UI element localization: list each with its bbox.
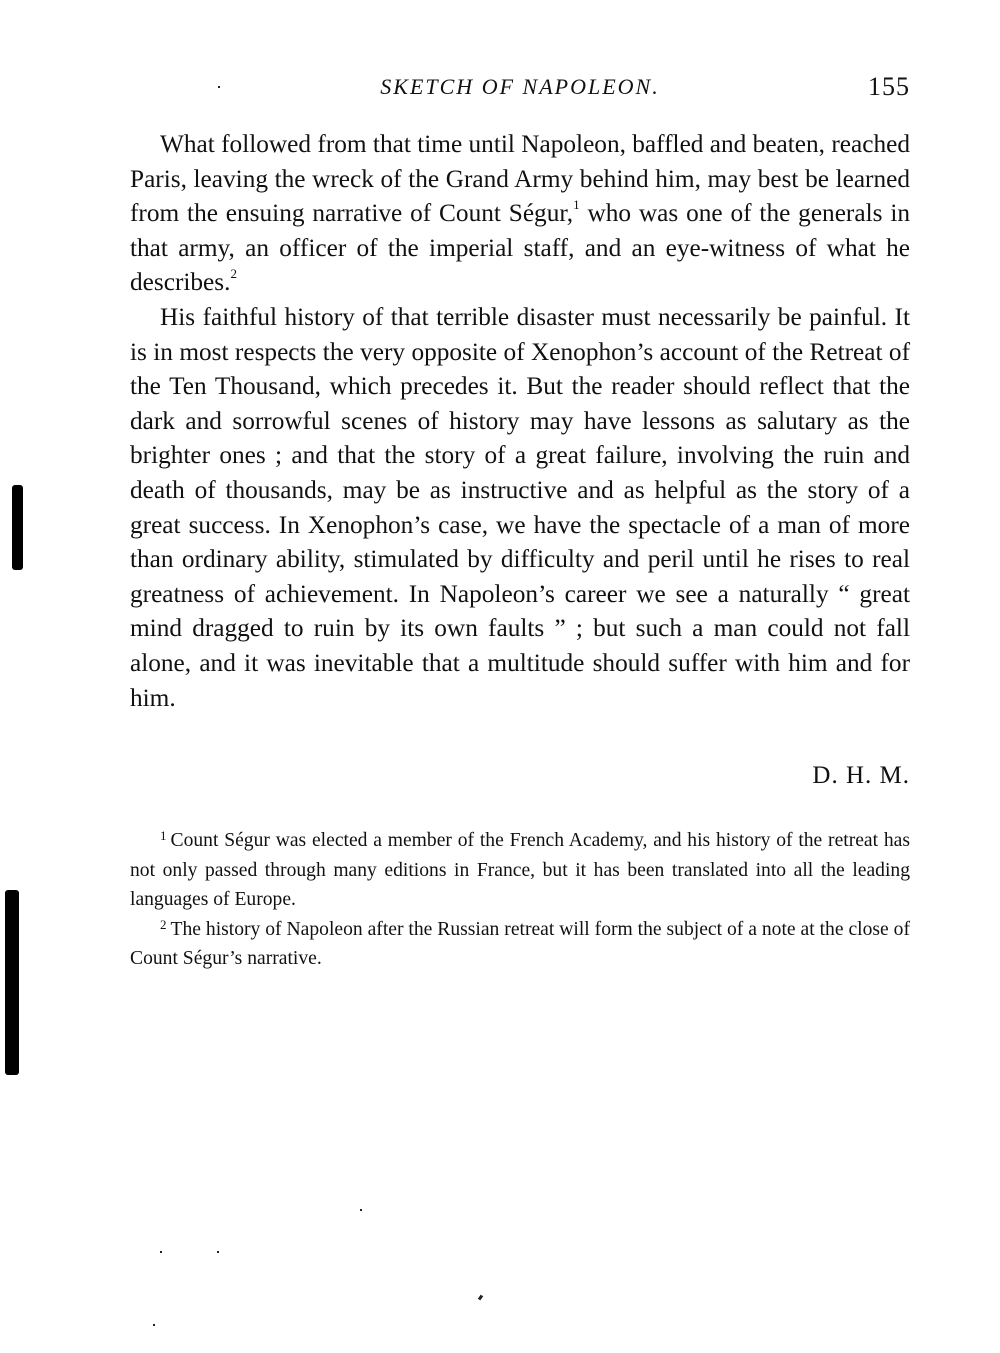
footnote-mark-1: 1 [160,828,167,843]
binding-mark-lower [5,890,19,1075]
scan-speck [218,86,220,88]
running-title: SKETCH OF NAPOLEON. [130,74,910,100]
running-head: SKETCH OF NAPOLEON. 155 [130,70,910,106]
page-number: 155 [868,72,910,102]
scan-speck [478,1295,483,1301]
scan-speck [160,1251,162,1253]
scan-speck [153,1324,155,1326]
paragraph-1: What followed from that time until Napol… [130,127,910,300]
scan-speck [360,1209,362,1211]
footnote-ref-2: 2 [230,266,237,281]
author-initials: D. H. M. [812,762,910,790]
scan-speck [217,1251,219,1253]
binding-mark-upper [12,485,23,570]
footnote-1: 1Count Ségur was elected a member of the… [130,826,910,915]
footnote-1-text: Count Ségur was elected a member of the … [130,830,910,910]
book-page: SKETCH OF NAPOLEON. 155 What followed fr… [0,0,1000,1353]
body-text: What followed from that time until Napol… [130,127,910,715]
footnote-2-text: The history of Napoleon after the Russia… [130,919,910,970]
paragraph-2: His faithful history of that terrible di… [130,300,910,715]
footnotes: 1Count Ségur was elected a member of the… [130,826,910,974]
footnote-mark-2: 2 [160,917,167,932]
footnote-2: 2The history of Napoleon after the Russi… [130,915,910,974]
